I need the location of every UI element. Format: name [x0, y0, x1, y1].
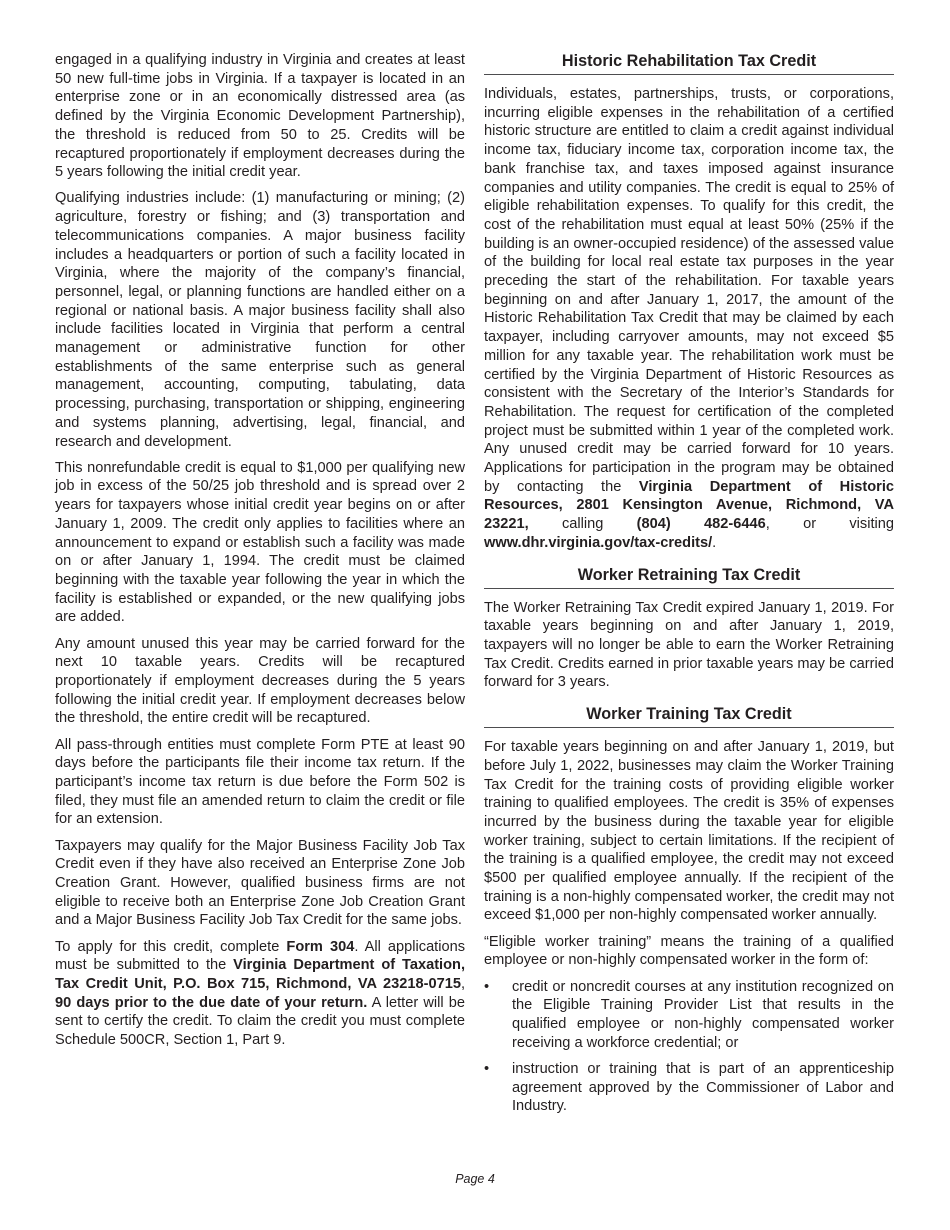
section-heading: Worker Retraining Tax Credit — [484, 565, 894, 589]
list-item: • instruction or training that is part o… — [484, 1060, 894, 1116]
paragraph-qualifying-industries: Qualifying industries include: (1) manuf… — [55, 189, 465, 451]
left-column: engaged in a qualifying industry in Virg… — [55, 51, 465, 1057]
paragraph-how-to-apply: To apply for this credit, complete Form … — [55, 938, 465, 1050]
section-worker-training: Worker Training Tax Credit For taxable y… — [484, 704, 894, 1116]
section-worker-retraining: Worker Retraining Tax Credit The Worker … — [484, 565, 894, 693]
apply-text-1: To apply for this credit, complete — [55, 939, 286, 955]
paragraph-pass-through: All pass-through entities must complete … — [55, 736, 465, 830]
historic-text-1: Individuals, estates, partnerships, trus… — [484, 86, 894, 495]
eligible-training-list: • credit or noncredit courses at any ins… — [484, 978, 894, 1116]
section-heading: Worker Training Tax Credit — [484, 704, 894, 728]
apply-text-3: , — [461, 976, 465, 992]
form-304-reference: Form 304 — [286, 939, 354, 955]
bullet-icon: • — [484, 978, 489, 997]
document-page: engaged in a qualifying industry in Virg… — [0, 0, 950, 1230]
paragraph-worker-training: For taxable years beginning on and after… — [484, 738, 894, 925]
bullet-icon: • — [484, 1060, 489, 1079]
paragraph-carryforward: Any amount unused this year may be carri… — [55, 635, 465, 729]
paragraph-historic-rehabilitation: Individuals, estates, partnerships, trus… — [484, 85, 894, 553]
paragraph-enterprise-zone: Taxpayers may qualify for the Major Busi… — [55, 837, 465, 931]
historic-text-4: . — [712, 535, 716, 551]
historic-text-2: calling — [529, 516, 637, 532]
list-item-text: instruction or training that is part of … — [512, 1061, 894, 1114]
deadline-notice: 90 days prior to the due date of your re… — [55, 995, 367, 1011]
list-item: • credit or noncredit courses at any ins… — [484, 978, 894, 1053]
dhr-website-link[interactable]: www.dhr.virginia.gov/tax-credits/ — [484, 535, 712, 551]
list-item-text: credit or noncredit courses at any insti… — [512, 979, 894, 1051]
right-column: Historic Rehabilitation Tax Credit Indiv… — [484, 51, 894, 1123]
section-historic-rehabilitation: Historic Rehabilitation Tax Credit Indiv… — [484, 51, 894, 553]
paragraph-credit-amount: This nonrefundable credit is equal to $1… — [55, 459, 465, 627]
paragraph-worker-retraining: The Worker Retraining Tax Credit expired… — [484, 599, 894, 693]
section-heading: Historic Rehabilitation Tax Credit — [484, 51, 894, 75]
page-number: Page 4 — [0, 1172, 950, 1186]
historic-text-3: , or visiting — [766, 516, 894, 532]
paragraph-eligible-training-definition: “Eligible worker training” means the tra… — [484, 933, 894, 970]
dhr-phone: (804) 482-6446 — [637, 516, 766, 532]
paragraph-qualifying-jobs: engaged in a qualifying industry in Virg… — [55, 51, 465, 182]
